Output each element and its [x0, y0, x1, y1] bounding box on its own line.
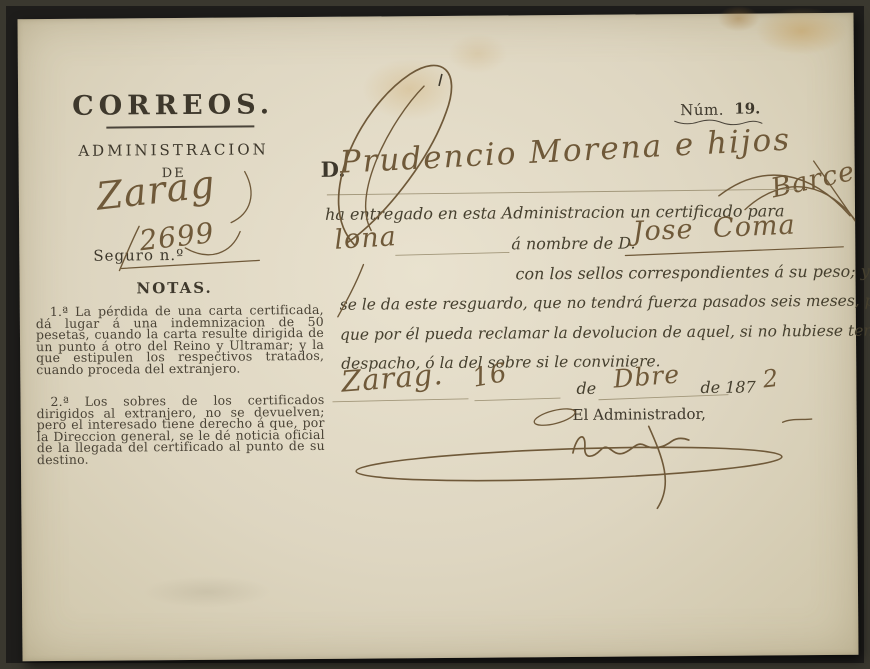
numero-value: 19. [734, 99, 760, 117]
signature-rubric-tail [649, 426, 666, 508]
nota-1: 1.ª La pérdida de una carta certificada,… [36, 304, 325, 376]
destination-handwritten-part2: lona [333, 221, 397, 256]
photo-background: CORREOS. ADMINISTRACION DE Zarag Seguro … [0, 0, 870, 669]
a-nombre-line: á nombre de D. [511, 233, 635, 253]
sellos-line: con los sellos correspondientes á su pes… [515, 262, 869, 284]
notas-title: NOTAS. [50, 278, 300, 298]
foxing-stain [362, 58, 457, 121]
addressee-handwritten: Jose Coma [632, 210, 796, 248]
sender-name-handwritten: Prudencio Morena e hijos [339, 122, 792, 181]
date-de-label: de [576, 379, 596, 398]
tick-mark [439, 74, 442, 86]
smudge [142, 575, 272, 608]
administrador-label: El Administrador, [573, 405, 706, 424]
date-place-handwritten: Zarag. [340, 357, 445, 399]
foxing-stain [717, 5, 759, 31]
document-paper: CORREOS. ADMINISTRACION DE Zarag Seguro … [17, 13, 858, 662]
seguro-number-handwritten: 2699 [138, 216, 216, 257]
date-year-printed: de 187 [700, 378, 755, 397]
resguardo-line: se le da este resguardo, que no tendrá f… [340, 291, 870, 313]
date-year-digit-handwritten: 2 [761, 364, 780, 394]
nota-2: 2.ª Los sobres de los certificados dirig… [36, 394, 325, 466]
administrator-signature [573, 436, 689, 456]
reclamar-line: que por él pueda reclamar la devolucion … [340, 321, 870, 343]
signature-rubric [356, 442, 783, 486]
administracion-label: ADMINISTRACION [48, 140, 298, 160]
correos-underline [106, 125, 254, 128]
signature-loop [533, 406, 577, 429]
foxing-stain [448, 33, 508, 73]
destination-handwritten-part1: Barce [768, 156, 858, 205]
correos-title: CORREOS. [48, 89, 298, 122]
numero-label: Núm. [680, 101, 724, 119]
date-day-handwritten: 16 [470, 358, 510, 394]
foxing-stain [755, 7, 847, 56]
margin-dash [783, 419, 812, 422]
addressee-underline [625, 247, 843, 256]
date-month-handwritten: Dbre [612, 360, 681, 394]
